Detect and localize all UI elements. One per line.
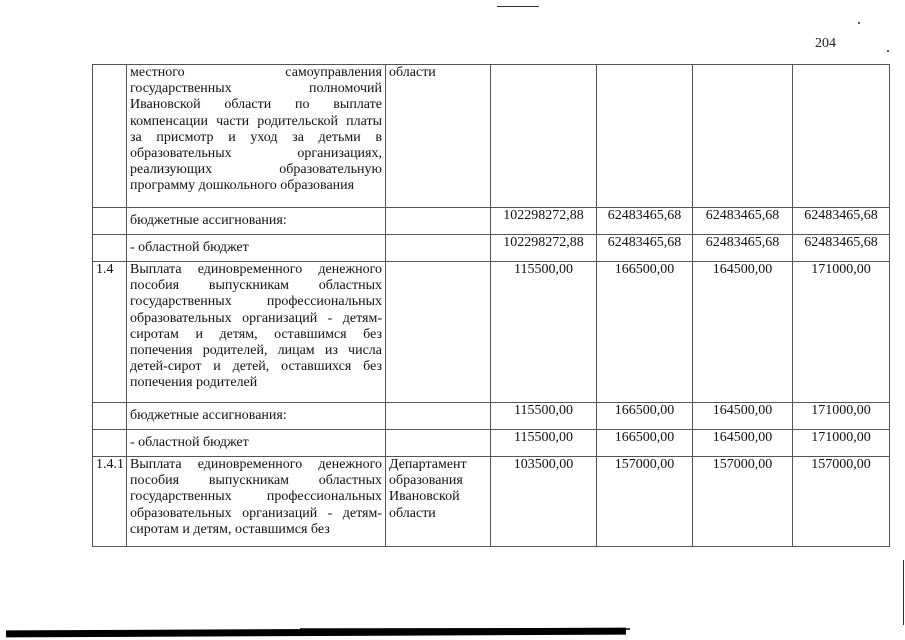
row-value: 171000,00	[793, 403, 890, 430]
table-row: бюджетные ассигнования: 115500,00 166500…	[93, 403, 890, 430]
row-value	[597, 65, 693, 208]
row-value: 62483465,68	[693, 208, 793, 235]
page-number: 204	[815, 36, 836, 52]
table-row: - областной бюджет 102298272,88 62483465…	[93, 235, 890, 262]
scan-mark-top	[497, 6, 539, 7]
row-executor	[386, 235, 491, 262]
row-executor	[386, 403, 491, 430]
row-value	[793, 65, 890, 208]
row-value: 115500,00	[491, 430, 597, 457]
row-description: бюджетные ассигнования:	[127, 208, 386, 235]
row-number	[93, 235, 127, 262]
row-executor: области	[386, 65, 491, 208]
row-value: 62483465,68	[597, 208, 693, 235]
row-value: 157000,00	[693, 457, 793, 547]
row-value: 164500,00	[693, 262, 793, 403]
row-value: 62483465,68	[793, 208, 890, 235]
row-executor	[386, 208, 491, 235]
row-description: - областной бюджет	[127, 430, 386, 457]
table-row: 1.4 Выплата единовременного денежного по…	[93, 262, 890, 403]
row-value: 164500,00	[693, 403, 793, 430]
row-value: 166500,00	[597, 403, 693, 430]
row-number	[93, 403, 127, 430]
row-description: - областной бюджет	[127, 235, 386, 262]
row-value: 171000,00	[793, 262, 890, 403]
row-value: 157000,00	[793, 457, 890, 547]
row-value: 166500,00	[597, 262, 693, 403]
row-value: 62483465,68	[793, 235, 890, 262]
row-executor	[386, 262, 491, 403]
row-value: 62483465,68	[597, 235, 693, 262]
row-description: местного самоуправления государственных …	[127, 65, 386, 208]
table-row: бюджетные ассигнования: 102298272,88 624…	[93, 208, 890, 235]
row-value: 103500,00	[491, 457, 597, 547]
table-row: 1.4.1 Выплата единовременного денежного …	[93, 457, 890, 547]
row-value: 171000,00	[793, 430, 890, 457]
row-number	[93, 208, 127, 235]
scan-edge-bar	[6, 628, 626, 638]
table-row: местного самоуправления государственных …	[93, 65, 890, 208]
row-description: бюджетные ассигнования:	[127, 403, 386, 430]
row-value: 115500,00	[491, 403, 597, 430]
row-value: 164500,00	[693, 430, 793, 457]
table-row: - областной бюджет 115500,00 166500,00 1…	[93, 430, 890, 457]
row-value: 157000,00	[597, 457, 693, 547]
row-value	[693, 65, 793, 208]
row-number	[93, 430, 127, 457]
budget-table: местного самоуправления государственных …	[92, 64, 890, 547]
scan-speck	[858, 22, 860, 24]
row-value: 115500,00	[491, 262, 597, 403]
row-value	[491, 65, 597, 208]
row-value: 62483465,68	[693, 235, 793, 262]
row-number: 1.4	[93, 262, 127, 403]
row-value: 102298272,88	[491, 235, 597, 262]
row-number	[93, 65, 127, 208]
scan-speck	[887, 50, 889, 52]
row-description: Выплата единовременного денежного пособи…	[127, 262, 386, 403]
row-value: 166500,00	[597, 430, 693, 457]
row-executor	[386, 430, 491, 457]
row-number: 1.4.1	[93, 457, 127, 547]
row-value: 102298272,88	[491, 208, 597, 235]
scan-edge-right	[903, 560, 904, 625]
row-executor: Департамент образования Ивановской облас…	[386, 457, 491, 547]
row-description: Выплата единовременного денежного пособи…	[127, 457, 386, 547]
